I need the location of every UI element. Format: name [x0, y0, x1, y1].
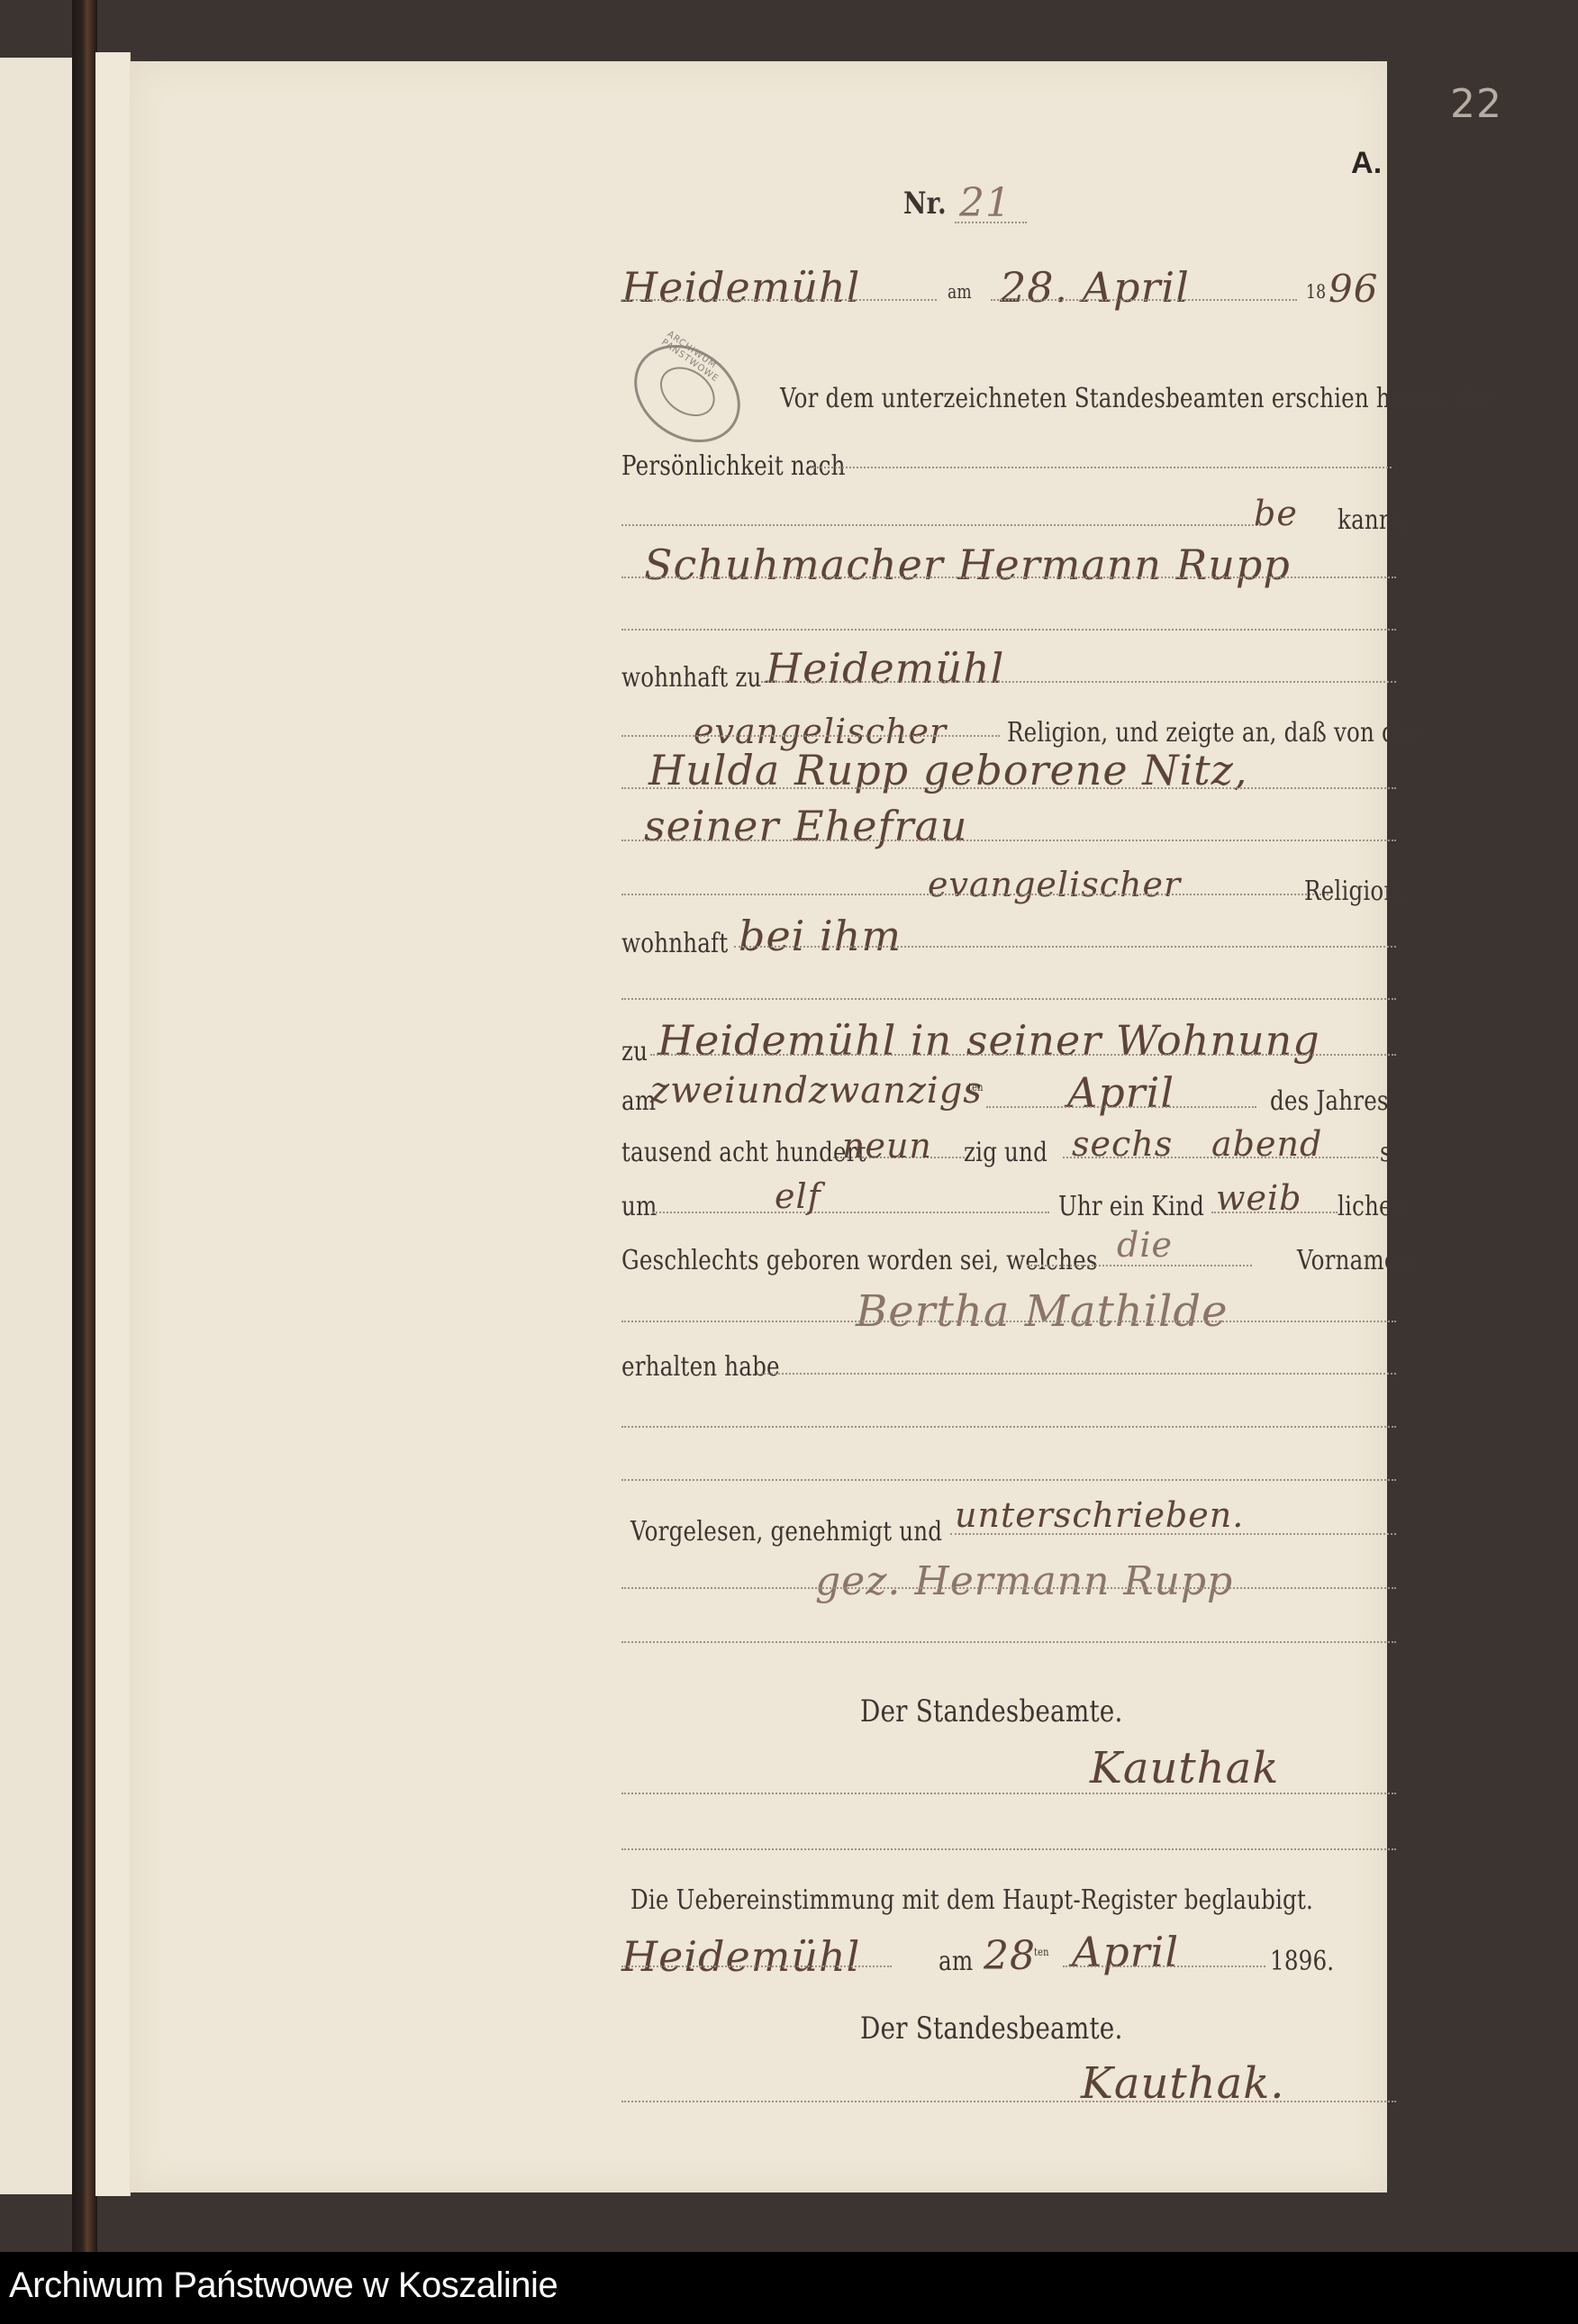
- known-prefix: be: [1254, 494, 1298, 533]
- birth-place-value: Heidemühl in seiner Wohnung: [657, 1016, 1320, 1065]
- certification-day: 28: [984, 1933, 1036, 1979]
- form-letter: A.: [1351, 146, 1382, 181]
- certification-text: Die Uebereinstimmung mit dem Haupt-Regis…: [630, 1884, 1313, 1916]
- informant-name: Schuhmacher Hermann Rupp: [644, 540, 1291, 589]
- religion-2-rule: [621, 894, 1329, 895]
- des-jahres: des Jahres: [1270, 1085, 1389, 1117]
- child-names-rule: [621, 1321, 1396, 1322]
- birth-day-ten: ten: [968, 1081, 984, 1094]
- mother-residence-rule: [734, 946, 1396, 948]
- document-page: [130, 61, 1387, 2192]
- certification-place: Heidemühl: [621, 1932, 860, 1981]
- uhr-text: Uhr ein Kind: [1058, 1191, 1204, 1222]
- signed-word: unterschrieben.: [955, 1495, 1244, 1535]
- residence-value: Heidemühl: [766, 644, 1004, 693]
- child-sex: weib: [1216, 1178, 1302, 1218]
- vorgelesen-text: Vorgelesen, genehmigt und: [630, 1516, 942, 1548]
- archive-name: Archiwum Państwowe w Koszalinie: [9, 2265, 558, 2306]
- residence-label: wohnhaft zu: [621, 662, 761, 694]
- nr-value: 21: [959, 180, 1011, 226]
- certification-ten: ten: [1034, 1946, 1049, 1958]
- am-label: am: [948, 281, 972, 303]
- intro-line-1: Vor dem unterzeichneten Standesbeamten e…: [780, 383, 1493, 414]
- birth-day: zweiundzwanzigs: [650, 1070, 983, 1112]
- registrar-title: Der Standesbeamte.: [860, 1693, 1123, 1729]
- informant-rule-2: [621, 629, 1396, 631]
- mother-rule: [621, 787, 1396, 789]
- place-rule: [621, 299, 937, 301]
- date-value: 28. April: [1000, 263, 1190, 312]
- informant-rule: [621, 576, 1396, 578]
- certification-month: April: [1072, 1928, 1179, 1976]
- religion-2-value: evangelischer: [928, 865, 1181, 904]
- mother-residence-label: wohnhaft: [621, 928, 728, 959]
- unit-rule: [1063, 1157, 1378, 1158]
- vornamen-label: Vornamen: [1297, 1245, 1412, 1276]
- birth-place-label: zu: [621, 1036, 648, 1067]
- gutter-strip: [95, 52, 131, 2196]
- year-prefix: 18: [1306, 281, 1326, 303]
- signature-rule: [621, 1587, 1396, 1589]
- zig-und: zig und: [964, 1137, 1047, 1168]
- known-suffix: kannt,: [1338, 504, 1410, 536]
- relation-rule: [621, 840, 1396, 841]
- hour-rule: [653, 1212, 1049, 1213]
- registrar-rule: [621, 1793, 1396, 1794]
- residence-rule: [761, 681, 1396, 683]
- geschlechts-text: Geschlechts geboren worden sei, welches: [621, 1245, 1098, 1276]
- book-spine: [72, 0, 97, 2252]
- birth-hour: elf: [775, 1176, 821, 1216]
- certification-am: am: [939, 1946, 973, 1977]
- blank-rule-5: [621, 1848, 1396, 1850]
- nr-rule: [955, 222, 1027, 223]
- birth-month-rule: [986, 1106, 1256, 1108]
- religion-1-text: Religion, und zeigte an, daß von der: [1007, 717, 1420, 749]
- erhalten-rule: [761, 1373, 1396, 1375]
- erhalten-habe: erhalten habe: [621, 1351, 780, 1383]
- left-page-edge: [0, 58, 73, 2194]
- certification-month-rule: [1063, 1965, 1265, 1967]
- birth-month: April: [1067, 1068, 1174, 1117]
- certification-rule: [621, 2101, 1396, 2102]
- lichen-suffix: lichen: [1338, 1191, 1407, 1222]
- mother-relation: seiner Ehefrau: [644, 802, 968, 850]
- certification-place-rule: [621, 1965, 892, 1967]
- year-suffix: 96: [1329, 267, 1378, 311]
- place-value: Heidemühl: [621, 263, 860, 312]
- known-rule: [621, 524, 1261, 526]
- date-rule: [991, 299, 1297, 301]
- mother-residence-value: bei ihm: [739, 912, 902, 960]
- religion-1-rule: [621, 735, 1000, 737]
- registrar-signature: Kauthak: [1090, 1743, 1279, 1793]
- um-label: um: [621, 1191, 657, 1222]
- religion-2-label: Religion,: [1304, 876, 1405, 907]
- blank-rule-3: [621, 1479, 1396, 1481]
- blank-rule-2: [621, 1426, 1396, 1428]
- blank-rule-4: [621, 1641, 1396, 1643]
- year-prefix-text: tausend acht hundert: [621, 1137, 866, 1168]
- pencil-page-number: 22: [1450, 81, 1502, 127]
- s-suffix: s: [1380, 1137, 1392, 1168]
- certification-registrar-title: Der Standesbeamte.: [860, 2011, 1123, 2047]
- nr-label: Nr.: [903, 186, 947, 222]
- intro-rule: [811, 467, 1392, 468]
- child-article: die: [1117, 1225, 1173, 1265]
- certification-year: 1896.: [1270, 1946, 1334, 1977]
- article-rule: [1027, 1265, 1252, 1266]
- birth-decade: neun: [842, 1126, 932, 1166]
- blank-rule: [621, 998, 1396, 1000]
- birth-place-rule: [650, 1054, 1396, 1056]
- signed-rule: [950, 1533, 1396, 1535]
- informant-signature: gez. Hermann Rupp: [815, 1558, 1233, 1604]
- child-names: Bertha Mathilde: [856, 1286, 1229, 1337]
